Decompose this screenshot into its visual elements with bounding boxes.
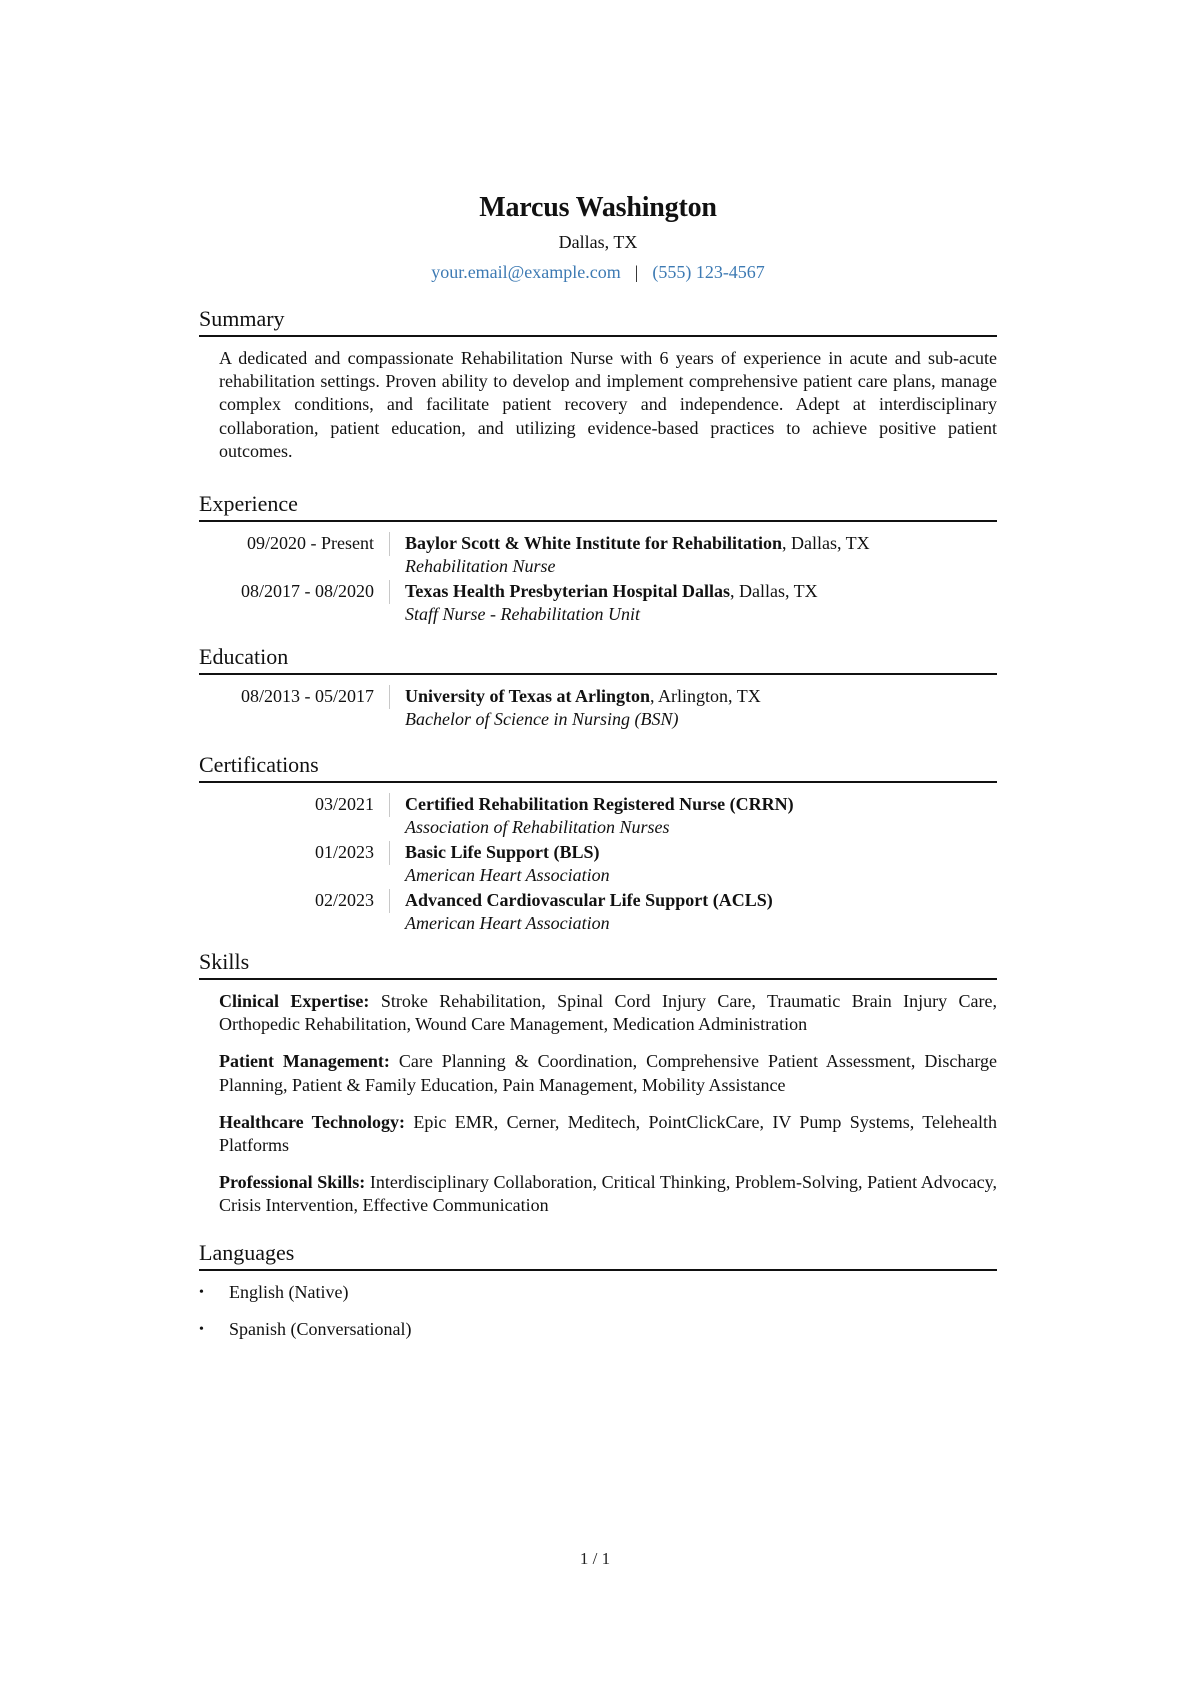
language-label: Spanish (Conversational)	[229, 1319, 411, 1339]
section-divider	[199, 520, 997, 522]
certification-name: Basic Life Support (BLS)	[405, 841, 610, 864]
skill-group: Professional Skills: Interdisciplinary C…	[219, 1171, 997, 1217]
certification-issuer: Association of Rehabilitation Nurses	[405, 816, 794, 839]
section-divider	[199, 1269, 997, 1271]
section-title-summary: Summary	[199, 305, 997, 333]
certification-entry: 02/2023 Advanced Cardiovascular Life Sup…	[199, 889, 997, 935]
employer-name: Texas Health Presbyterian Hospital Dalla…	[405, 581, 730, 601]
entry-date: 08/2013 - 05/2017	[199, 685, 390, 709]
languages-list: •English (Native) •Spanish (Conversation…	[199, 1281, 997, 1341]
certification-entry: 03/2021 Certified Rehabilitation Registe…	[199, 793, 997, 839]
skill-group: Healthcare Technology: Epic EMR, Cerner,…	[219, 1111, 997, 1157]
section-divider	[199, 978, 997, 980]
skill-group-label: Professional Skills:	[219, 1172, 365, 1192]
phone-link[interactable]: (555) 123-4567	[652, 262, 764, 282]
contact-separator: |	[635, 262, 639, 282]
education-section: Education 08/2013 - 05/2017 University o…	[199, 643, 997, 733]
contact-line: your.email@example.com|(555) 123-4567	[199, 260, 997, 284]
page-indicator: 1 / 1	[0, 1548, 1190, 1570]
school-name: University of Texas at Arlington	[405, 686, 650, 706]
section-title-skills: Skills	[199, 948, 997, 976]
entry-date: 02/2023	[199, 889, 390, 913]
summary-text: A dedicated and compassionate Rehabilita…	[219, 347, 997, 463]
skill-group-label: Healthcare Technology:	[219, 1112, 405, 1132]
certification-name: Advanced Cardiovascular Life Support (AC…	[405, 889, 773, 912]
section-title-education: Education	[199, 643, 997, 671]
section-title-certifications: Certifications	[199, 751, 997, 779]
resume-header: Marcus Washington Dallas, TX your.email@…	[199, 190, 997, 284]
section-divider	[199, 673, 997, 675]
entry-date: 09/2020 - Present	[199, 532, 390, 556]
language-item: •Spanish (Conversational)	[199, 1318, 997, 1341]
section-divider	[199, 335, 997, 337]
entry-date: 03/2021	[199, 793, 390, 817]
employer-name: Baylor Scott & White Institute for Rehab…	[405, 533, 782, 553]
education-entry: 08/2013 - 05/2017 University of Texas at…	[199, 685, 997, 731]
degree-name: Bachelor of Science in Nursing (BSN)	[405, 708, 761, 731]
employer-location: , Dallas, TX	[730, 581, 818, 601]
language-item: •English (Native)	[199, 1281, 997, 1304]
certifications-section: Certifications 03/2021 Certified Rehabil…	[199, 751, 997, 937]
skill-group: Patient Management: Care Planning & Coor…	[219, 1050, 997, 1096]
candidate-name: Marcus Washington	[199, 190, 997, 226]
candidate-location: Dallas, TX	[199, 230, 997, 254]
certification-entry: 01/2023 Basic Life Support (BLS) America…	[199, 841, 997, 887]
skills-section: Skills Clinical Expertise: Stroke Rehabi…	[199, 948, 997, 1232]
languages-section: Languages •English (Native) •Spanish (Co…	[199, 1239, 997, 1355]
section-divider	[199, 781, 997, 783]
job-title: Staff Nurse - Rehabilitation Unit	[405, 603, 818, 626]
entry-date: 01/2023	[199, 841, 390, 865]
employer-location: , Dallas, TX	[782, 533, 870, 553]
certification-issuer: American Heart Association	[405, 864, 610, 887]
certification-name: Certified Rehabilitation Registered Nurs…	[405, 793, 794, 816]
experience-entry: 08/2017 - 08/2020 Texas Health Presbyter…	[199, 580, 997, 626]
section-title-experience: Experience	[199, 490, 997, 518]
certification-issuer: American Heart Association	[405, 912, 773, 935]
experience-section: Experience 09/2020 - Present Baylor Scot…	[199, 490, 997, 628]
bullet-icon: •	[199, 1318, 204, 1341]
email-link[interactable]: your.email@example.com	[431, 262, 621, 282]
bullet-icon: •	[199, 1281, 204, 1304]
language-label: English (Native)	[229, 1282, 348, 1302]
entry-date: 08/2017 - 08/2020	[199, 580, 390, 604]
summary-section: Summary A dedicated and compassionate Re…	[199, 305, 997, 463]
job-title: Rehabilitation Nurse	[405, 555, 870, 578]
school-location: , Arlington, TX	[650, 686, 761, 706]
skill-group: Clinical Expertise: Stroke Rehabilitatio…	[219, 990, 997, 1036]
section-title-languages: Languages	[199, 1239, 997, 1267]
skill-group-label: Clinical Expertise:	[219, 991, 369, 1011]
skill-group-label: Patient Management:	[219, 1051, 390, 1071]
experience-entry: 09/2020 - Present Baylor Scott & White I…	[199, 532, 997, 578]
